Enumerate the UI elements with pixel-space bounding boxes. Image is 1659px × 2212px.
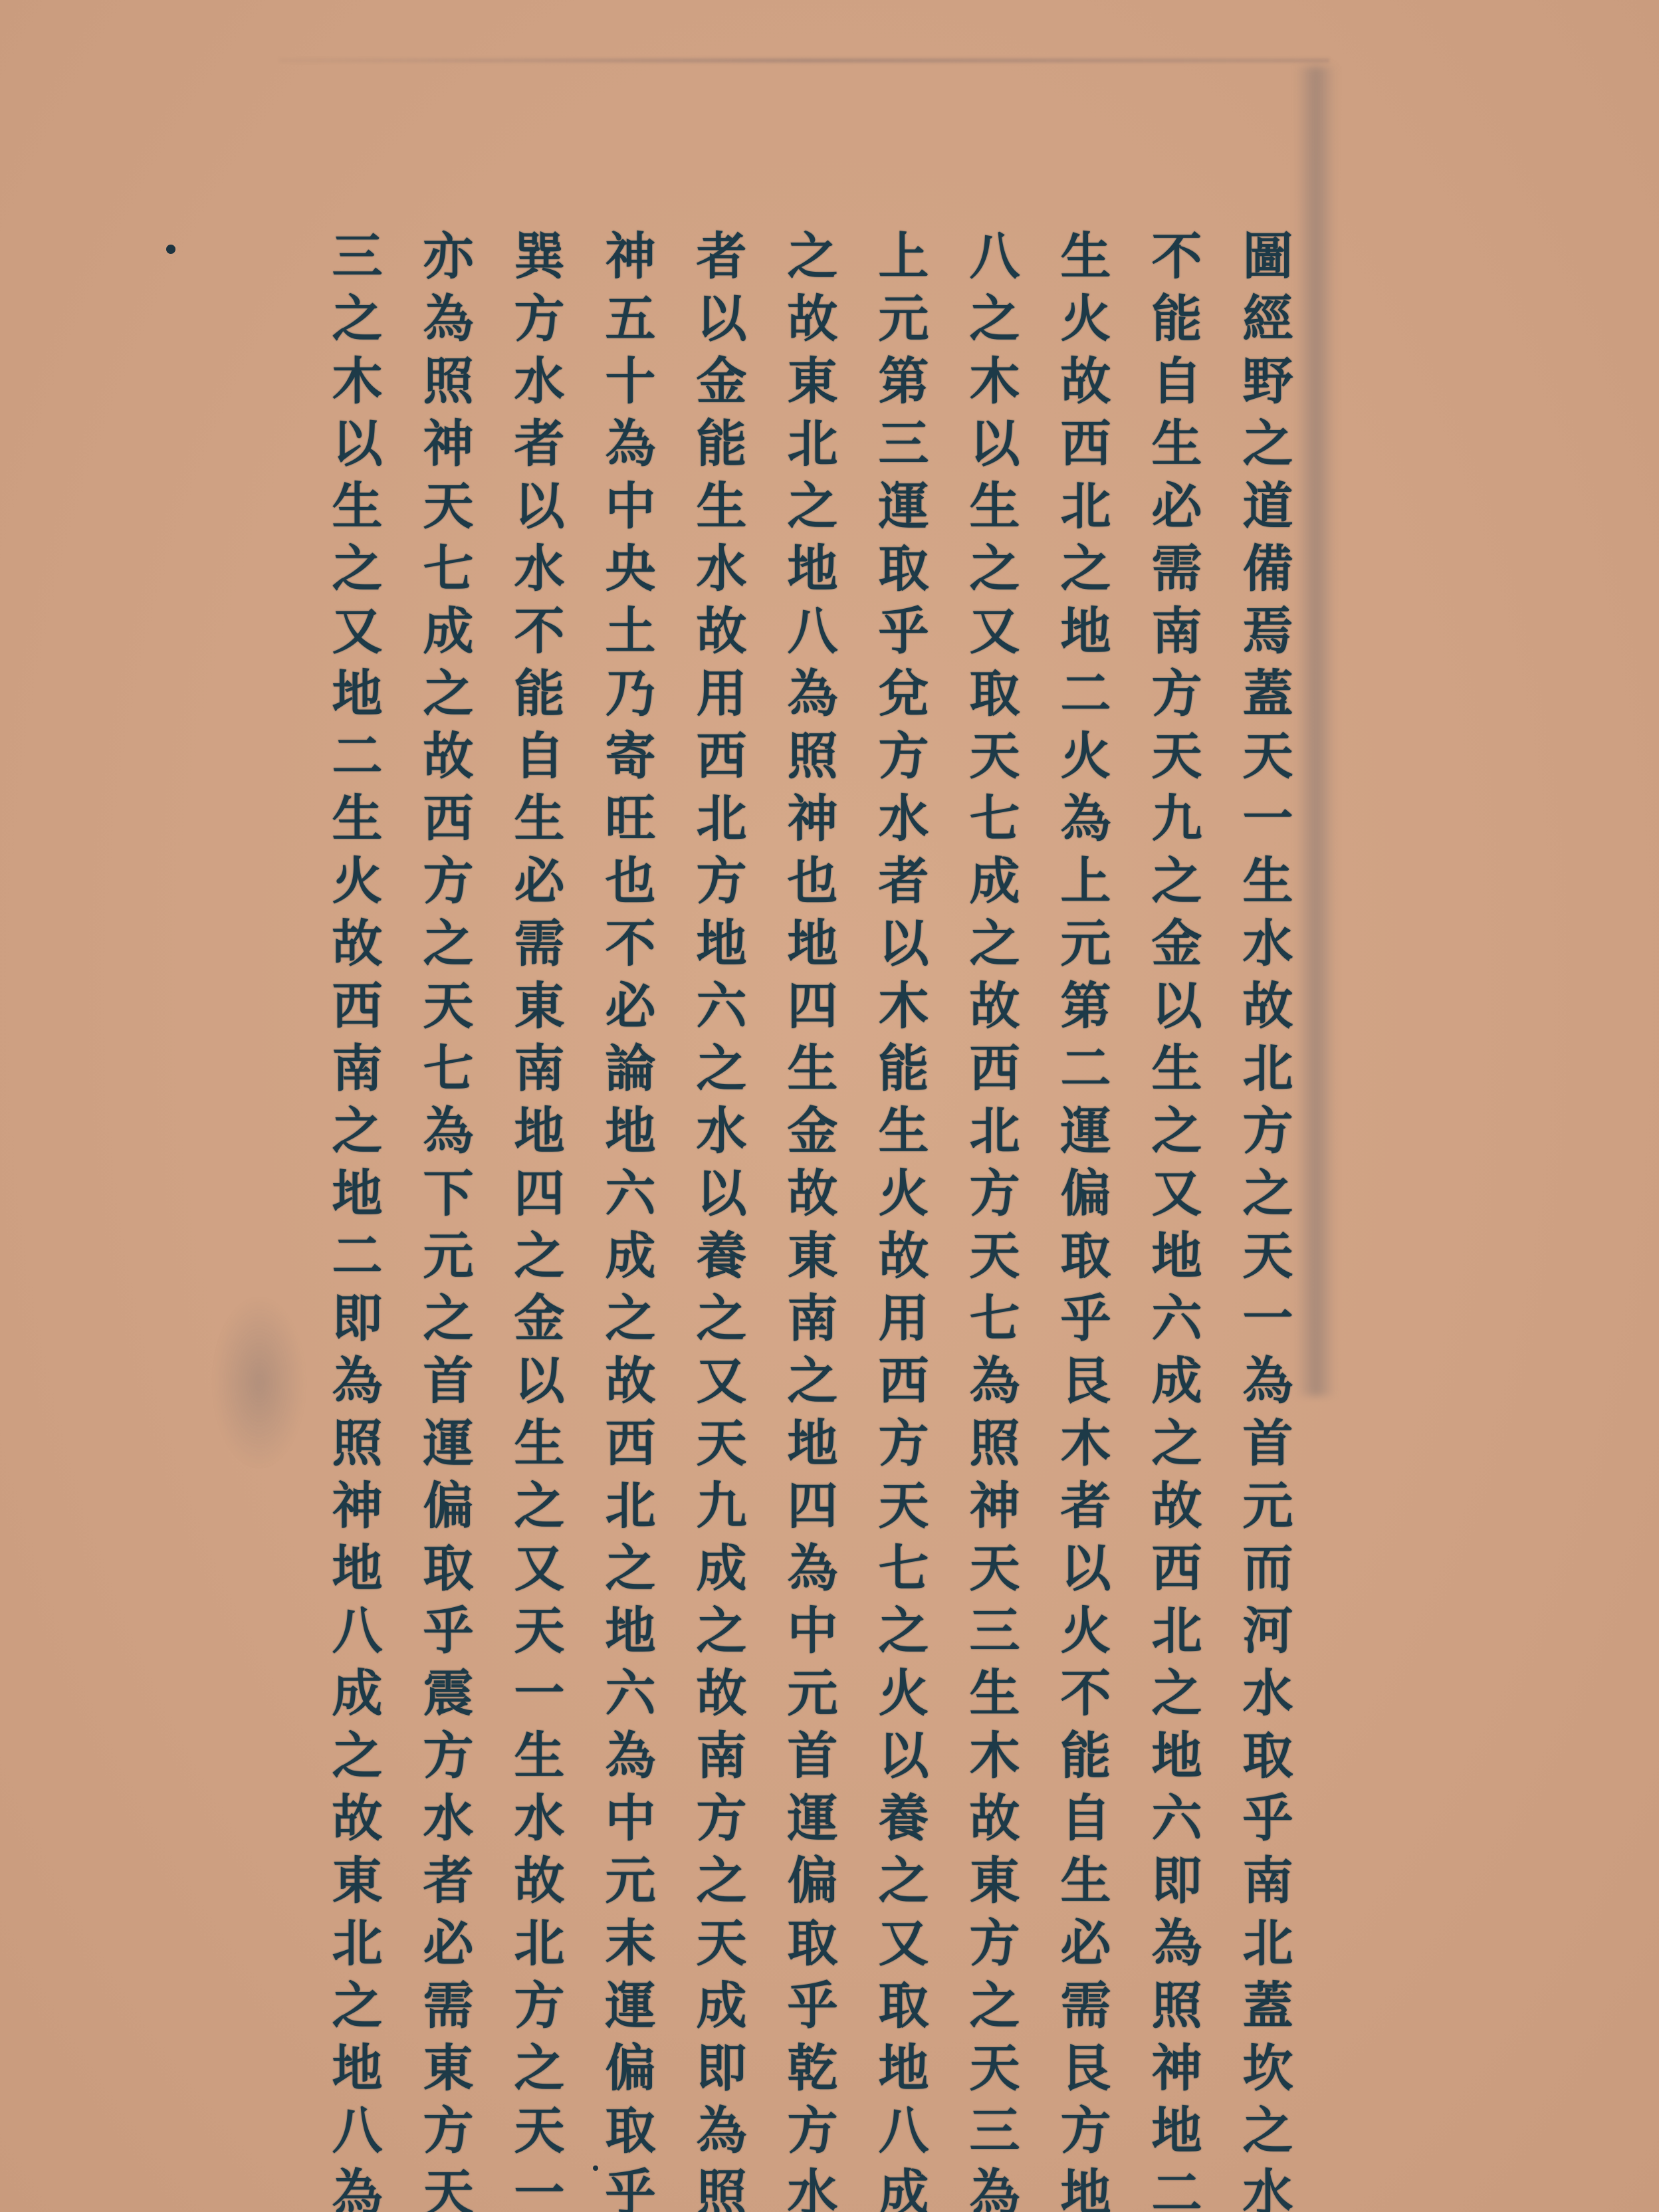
- manuscript-page: 圖經野之道備焉蓋天一生水故北方之天一為首元而河水取乎南北蓋坎之水牛 不能自生必需…: [0, 0, 1659, 2212]
- text-column-6: 之故東北之地八為照神也地四生金故東南之地四為中元首運偏取乎乾方水: [763, 229, 854, 2090]
- text-column-8: 神五十為中央土乃寄旺也不必論地六成之故西北之地六為中元末運偏取乎: [581, 229, 672, 2090]
- ink-spot: [166, 245, 175, 254]
- printed-block-top-border: [279, 58, 1329, 62]
- text-column-9: 巽方水者以水不能自生必需東南地四之金以生之又天一生水故北方之天一: [490, 229, 581, 2090]
- text-column-2: 不能自生必需南方天九之金以生之又地六成之故西北之地六即為照神地二: [1127, 229, 1218, 2090]
- text-column-4: 八之木以生之又取天七成之故西北方天七為照神天三生木故東方之天三為: [945, 229, 1036, 2090]
- text-column-11: 三之木以生之又地二生火故西南之地二即為照神地八成之故東北之地八為: [308, 229, 399, 2090]
- text-column-10: 亦為照神天七成之故西方之天七為下元之首運偏取乎震方水者必需東方天: [399, 229, 490, 2090]
- text-column-1: 圖經野之道備焉蓋天一生水故北方之天一為首元而河水取乎南北蓋坎之水牛: [1218, 229, 1309, 2090]
- text-columns: 圖經野之道備焉蓋天一生水故北方之天一為首元而河水取乎南北蓋坎之水牛 不能自生必需…: [308, 229, 1309, 2090]
- text-column-5: 上元第三運取乎兌方水者以木能生火故用西方天七之火以養之又取地八成: [854, 229, 945, 2090]
- text-column-7: 者以金能生水故用西北方地六之水以養之又天九成之故南方之天成即為照: [672, 229, 763, 2090]
- text-column-3: 生火故西北之地二火為上元第二運偏取乎艮木者以火不能自生必需艮方地: [1036, 229, 1127, 2090]
- ink-smudge: [213, 1296, 306, 1469]
